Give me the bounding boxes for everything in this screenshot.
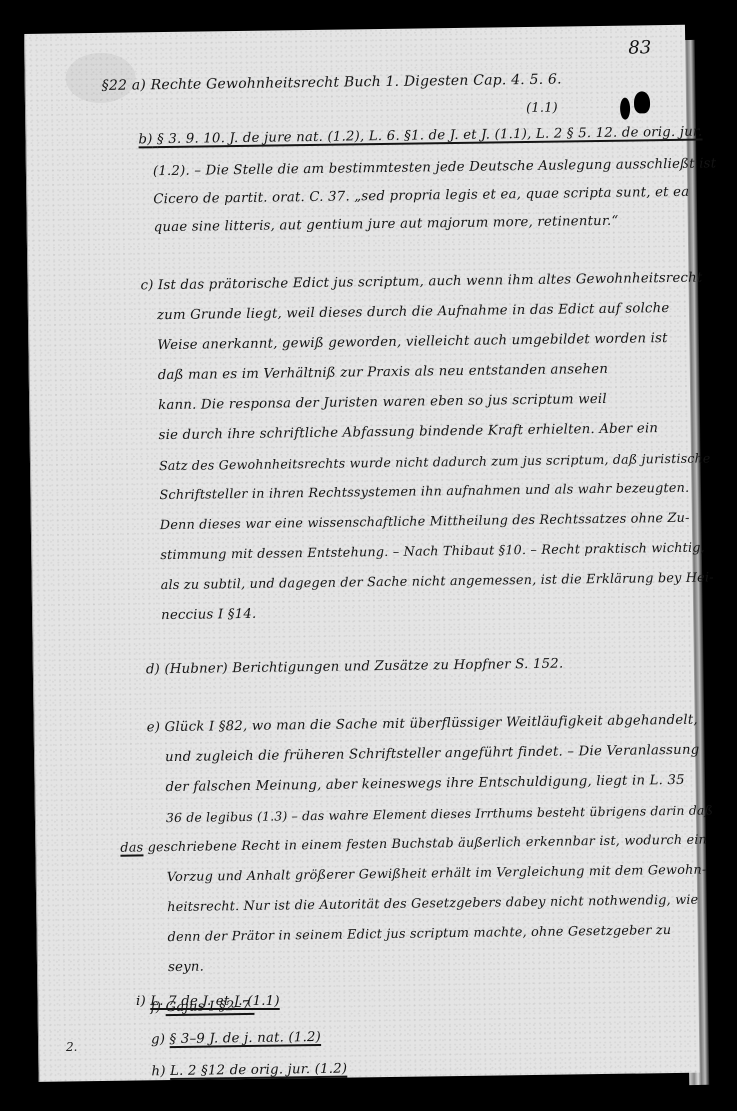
entry-line: und zugleich die früheren Schriftsteller…	[165, 743, 699, 765]
entry-line: sie durch ihre schriftliche Abfassung bi…	[159, 421, 659, 443]
entry-line: der falschen Meinung, aber keineswegs ih…	[165, 773, 684, 795]
entry-line: das geschriebene Recht in einem festen B…	[120, 833, 707, 856]
footer-mark: 2.	[66, 1040, 77, 1054]
entry-line: Weise anerkannt, gewiß geworden, viellei…	[157, 331, 667, 353]
entry-line: Cicero de partit. orat. C. 37. „sed prop…	[153, 185, 689, 207]
entry-line: 36 de legibus (1.3) – das wahre Element …	[166, 802, 713, 825]
entry-line: neccius I §14.	[161, 607, 256, 623]
margin-note: das	[120, 840, 143, 855]
entry-label: i)	[136, 994, 146, 1009]
entry-line: e) Glück I §82, wo man die Sache mit übe…	[147, 713, 698, 736]
entry-line: Vorzug und Anhalt größerer Gewißheit erh…	[167, 863, 707, 886]
entry-label: e)	[147, 720, 161, 735]
entry-label: g)	[151, 1032, 165, 1047]
entry-label: b)	[138, 132, 152, 147]
entry-label: §22 a)	[102, 77, 147, 94]
top-note: (1.1)	[526, 101, 558, 116]
entry-text: Glück I §82, wo man die Sache mit überfl…	[164, 713, 697, 735]
entry-line: (1.2). – Die Stelle die am bestimmtesten…	[153, 156, 716, 179]
entry-line: stimmung mit dessen Entstehung. – Nach T…	[160, 541, 705, 564]
entry-text: geschriebene Recht in einem festen Buchs…	[148, 833, 708, 856]
entry-label: h)	[151, 1064, 165, 1079]
entry-line: Satz des Gewohnheitsrechts wurde nicht d…	[159, 450, 711, 473]
entry-text: (Hubner) Berichtigungen und Zusätze zu H…	[164, 657, 563, 678]
folio-number: 83	[628, 37, 651, 58]
entry-line: c) Ist das prätorische Edict jus scriptu…	[140, 271, 702, 294]
entry-text: Rechte Gewohnheitsrecht Buch 1. Digesten…	[151, 71, 562, 93]
entry-text: § 3–9 J. de j. nat. (1.2)	[169, 1030, 321, 1047]
entry-line: g) § 3–9 J. de j. nat. (1.2)	[151, 1030, 321, 1047]
entry-text: L. 7 de J. et J. (1.1)	[150, 994, 279, 1009]
entry-text: Ist das prätorische Edict jus scriptum, …	[158, 271, 703, 294]
entry-label: c)	[140, 278, 153, 293]
entry-line: d) (Hubner) Berichtigungen und Zusätze z…	[146, 657, 564, 678]
entry-line: i) L. 7 de J. et J. (1.1)	[136, 994, 280, 1009]
entry-line: heitsrecht. Nur ist die Autorität des Ge…	[167, 893, 698, 915]
entry-line: Schriftsteller in ihren Rechtssystemen i…	[159, 481, 689, 503]
entry-text: § 3. 9. 10. J. de jure nat. (1.2), L. 6.…	[157, 125, 703, 148]
entry-line: kann. Die responsa der Juristen waren eb…	[158, 392, 607, 413]
entry-line: zum Grunde liegt, weil dieses durch die …	[157, 301, 670, 323]
entry-line: denn der Prätor in seinem Edict jus scri…	[168, 923, 672, 945]
entry-line: h) L. 2 §12 de orig. jur. (1.2)	[151, 1062, 347, 1080]
ink-blot	[620, 98, 630, 120]
entry-line: als zu subtil, und dagegen der Sache nic…	[161, 570, 714, 593]
entry-line: Denn dieses war eine wissenschaftliche M…	[160, 511, 690, 533]
entry-line: quae sine litteris, aut gentium jure aut…	[154, 214, 619, 235]
entry-label: d)	[146, 662, 160, 677]
entry-text: L. 2 §12 de orig. jur. (1.2)	[170, 1062, 347, 1079]
ink-blot	[634, 91, 650, 113]
entry-line: daß man es im Verhältniß zur Praxis als …	[158, 362, 608, 383]
entry-line: §22 a) Rechte Gewohnheitsrecht Buch 1. D…	[102, 71, 562, 93]
entry-line: seyn.	[168, 960, 204, 976]
manuscript-page: 83 (1.1) §22 a) Rechte Gewohnheitsrecht …	[24, 25, 700, 1082]
entry-line: b) § 3. 9. 10. J. de jure nat. (1.2), L.…	[138, 125, 702, 148]
